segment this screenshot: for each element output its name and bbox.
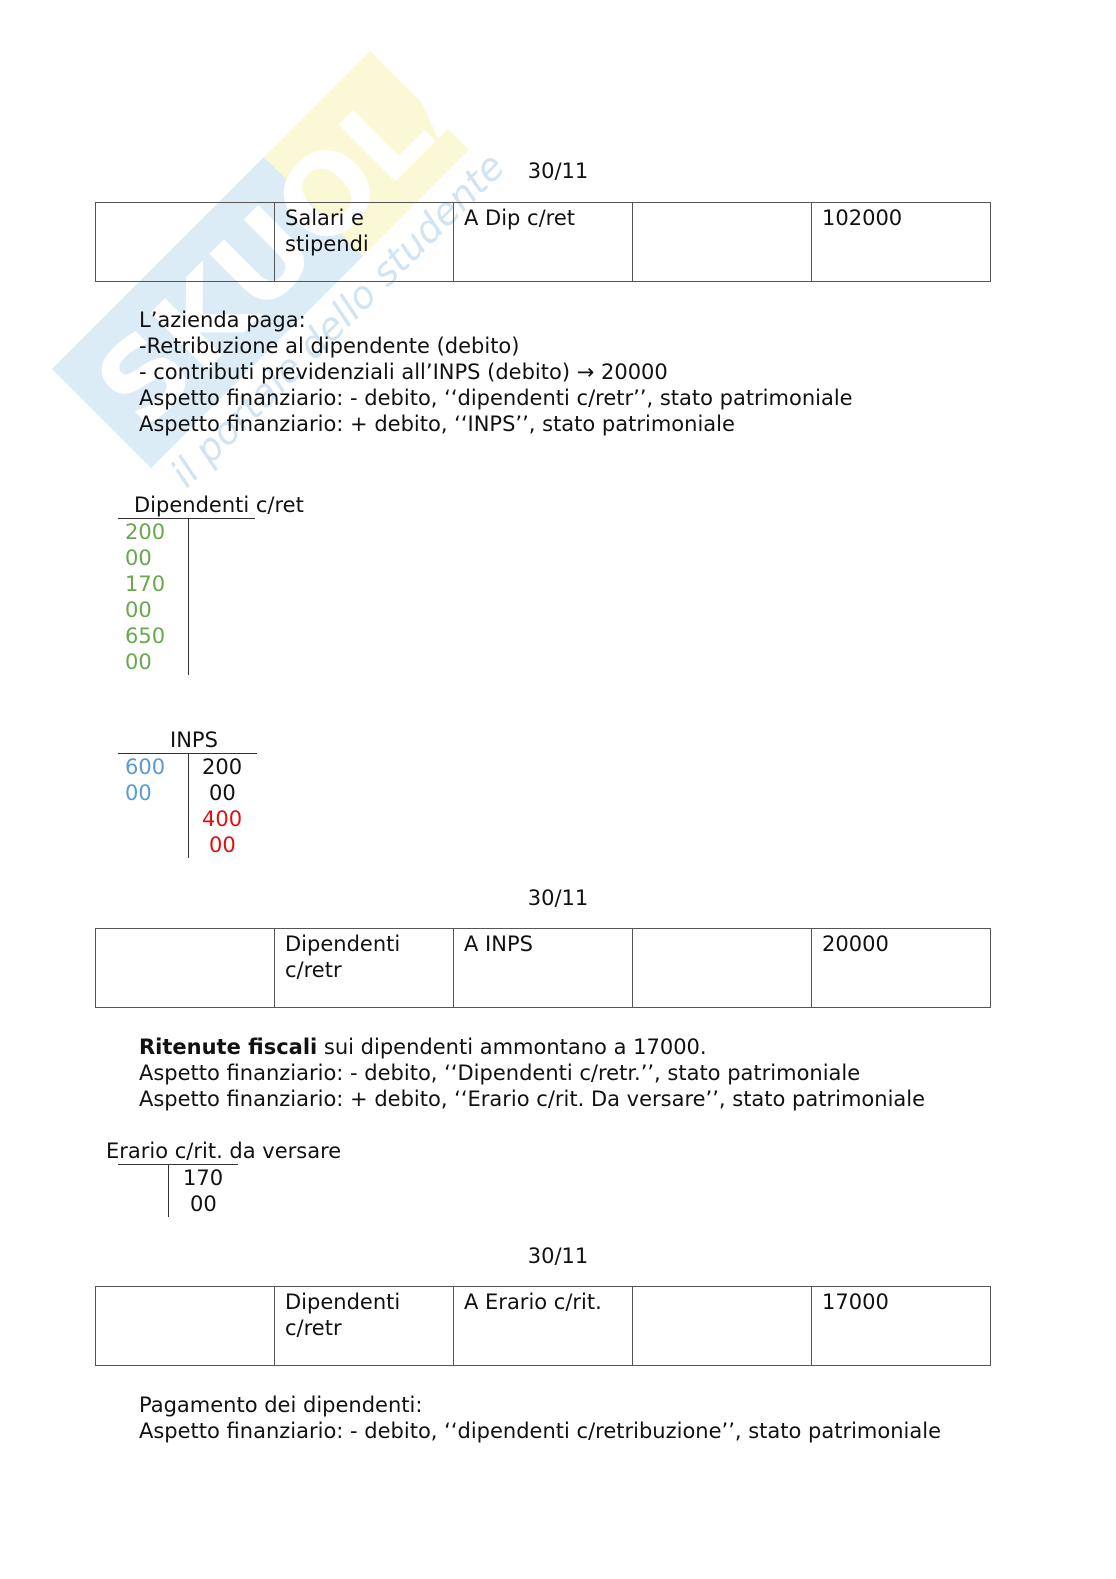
journal-entry: Dipendenti c/retr A Erario c/rit. 17000 xyxy=(95,1286,991,1366)
journal-cell-credit-account: A INPS xyxy=(454,929,633,1008)
journal-cell-debit-amount xyxy=(633,1287,812,1366)
journal-cell-credit-account: A Erario c/rit. xyxy=(454,1287,633,1366)
journal-cell-debit-account: Dipendenti c/retr xyxy=(275,1287,454,1366)
journal-cell-debit-amount xyxy=(633,929,812,1008)
bold-lead: Ritenute fiscali xyxy=(139,1035,317,1059)
journal-cell-debit-account: Salari e stipendi xyxy=(275,203,454,282)
journal-cell-debit-amount xyxy=(633,203,812,282)
journal-cell-date xyxy=(96,929,275,1008)
journal-cell-credit-amount: 102000 xyxy=(812,203,991,282)
entry-date: 30/11 xyxy=(0,158,1116,184)
section-text-3: Pagamento dei dipendenti: Aspetto finanz… xyxy=(139,1392,941,1444)
section-text-1: L’azienda paga: -Retribuzione al dipende… xyxy=(139,307,853,437)
journal-entry: Dipendenti c/retr A INPS 20000 xyxy=(95,928,991,1008)
journal-cell-date xyxy=(96,203,275,282)
journal-entry: Salari e stipendi A Dip c/ret 102000 xyxy=(95,202,991,282)
journal-cell-credit-amount: 20000 xyxy=(812,929,991,1008)
journal-cell-date xyxy=(96,1287,275,1366)
journal-cell-credit-amount: 17000 xyxy=(812,1287,991,1366)
section-text-2: Ritenute fiscali sui dipendenti ammontan… xyxy=(139,1034,925,1112)
journal-cell-credit-account: A Dip c/ret xyxy=(454,203,633,282)
journal-cell-debit-account: Dipendenti c/retr xyxy=(275,929,454,1008)
entry-date: 30/11 xyxy=(0,1243,1116,1269)
entry-date: 30/11 xyxy=(0,885,1116,911)
